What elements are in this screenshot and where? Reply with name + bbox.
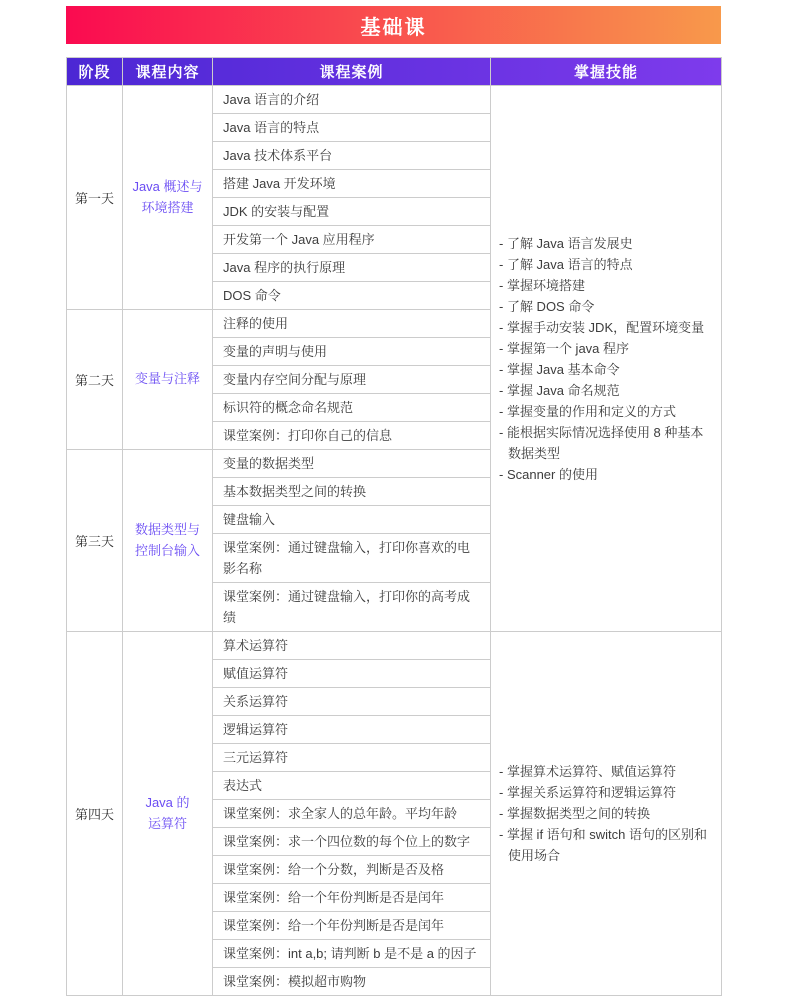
case-cell: 赋值运算符 [213,660,491,688]
case-cell: 变量的数据类型 [213,450,491,478]
case-cell: 关系运算符 [213,688,491,716]
skill-line: - 掌握环境搭建 [499,275,715,296]
case-cell: 算术运算符 [213,632,491,660]
page-title-banner: 基础课 [66,6,721,44]
case-cell: JDK 的安装与配置 [213,198,491,226]
case-cell: 标识符的概念命名规范 [213,394,491,422]
skill-line: - 掌握 if 语句和 switch 语句的区别和使用场合 [499,824,715,866]
case-cell: Java 语言的介绍 [213,86,491,114]
skills-day-4: - 掌握算术运算符、赋值运算符 - 掌握关系运算符和逻辑运算符 - 掌握数据类型… [491,632,722,996]
skill-line: - 掌握变量的作用和定义的方式 [499,401,715,422]
case-cell: 变量的声明与使用 [213,338,491,366]
skill-line: - 掌握关系运算符和逻辑运算符 [499,782,715,803]
header-row: 阶段 课程内容 课程案例 掌握技能 [67,58,722,86]
case-cell: Java 技术体系平台 [213,142,491,170]
skill-line: - 掌握算术运算符、赋值运算符 [499,761,715,782]
content-day1: Java 概述与 环境搭建 [123,86,213,310]
skill-line: - 掌握数据类型之间的转换 [499,803,715,824]
case-cell: 基本数据类型之间的转换 [213,478,491,506]
case-cell: 三元运算符 [213,744,491,772]
skill-line: - 掌握 Java 基本命令 [499,359,715,380]
case-cell: 课堂案例：求一个四位数的每个位上的数字 [213,828,491,856]
skill-line: - 掌握手动安装 JDK，配置环境变量 [499,317,715,338]
case-cell: 课堂案例：模拟超市购物 [213,968,491,996]
skill-line: - 能根据实际情况选择使用 8 种基本数据类型 [499,422,715,464]
skill-line: - 了解 DOS 命令 [499,296,715,317]
case-cell: 注释的使用 [213,310,491,338]
stage-day2: 第二天 [67,310,123,450]
case-cell: 课堂案例：给一个年份判断是否是闰年 [213,912,491,940]
col-header-skills: 掌握技能 [491,58,722,86]
skill-line: - 了解 Java 语言发展史 [499,233,715,254]
skills-days-1-3: - 了解 Java 语言发展史 - 了解 Java 语言的特点 - 掌握环境搭建… [491,86,722,632]
skill-line: - Scanner 的使用 [499,464,715,485]
stage-day1: 第一天 [67,86,123,310]
case-cell: 课堂案例：给一个年份判断是否是闰年 [213,884,491,912]
content-day2: 变量与注释 [123,310,213,450]
col-header-cases: 课程案例 [213,58,491,86]
case-cell: 课堂案例：int a,b; 请判断 b 是不是 a 的因子 [213,940,491,968]
case-cell: 表达式 [213,772,491,800]
case-cell: 课堂案例：通过键盘输入，打印你的高考成绩 [213,583,491,632]
content-day3: 数据类型与 控制台输入 [123,450,213,632]
case-cell: 课堂案例：给一个分数，判断是否及格 [213,856,491,884]
skill-line: - 掌握第一个 java 程序 [499,338,715,359]
case-cell: DOS 命令 [213,282,491,310]
case-cell: 课堂案例：求全家人的总年龄。平均年龄 [213,800,491,828]
table-row: 第四天 Java 的 运算符 算术运算符 - 掌握算术运算符、赋值运算符 - 掌… [67,632,722,660]
table-row: 第一天 Java 概述与 环境搭建 Java 语言的介绍 - 了解 Java 语… [67,86,722,114]
case-cell: 课堂案例：通过键盘输入，打印你喜欢的电影名称 [213,534,491,583]
col-header-stage: 阶段 [67,58,123,86]
skill-line: - 掌握 Java 命名规范 [499,380,715,401]
stage-day4: 第四天 [67,632,123,996]
case-cell: Java 程序的执行原理 [213,254,491,282]
skill-line: - 了解 Java 语言的特点 [499,254,715,275]
page: 基础课 阶段 课程内容 课程案例 掌握技能 第一天 Java 概述与 环境搭建 … [0,0,789,939]
course-table: 阶段 课程内容 课程案例 掌握技能 第一天 Java 概述与 环境搭建 Java… [66,57,722,996]
case-cell: 变量内存空间分配与原理 [213,366,491,394]
content-day4: Java 的 运算符 [123,632,213,996]
page-title: 基础课 [361,11,427,40]
stage-day3: 第三天 [67,450,123,632]
case-cell: 搭建 Java 开发环境 [213,170,491,198]
case-cell: Java 语言的特点 [213,114,491,142]
case-cell: 键盘输入 [213,506,491,534]
case-cell: 开发第一个 Java 应用程序 [213,226,491,254]
col-header-content: 课程内容 [123,58,213,86]
case-cell: 逻辑运算符 [213,716,491,744]
case-cell: 课堂案例：打印你自己的信息 [213,422,491,450]
